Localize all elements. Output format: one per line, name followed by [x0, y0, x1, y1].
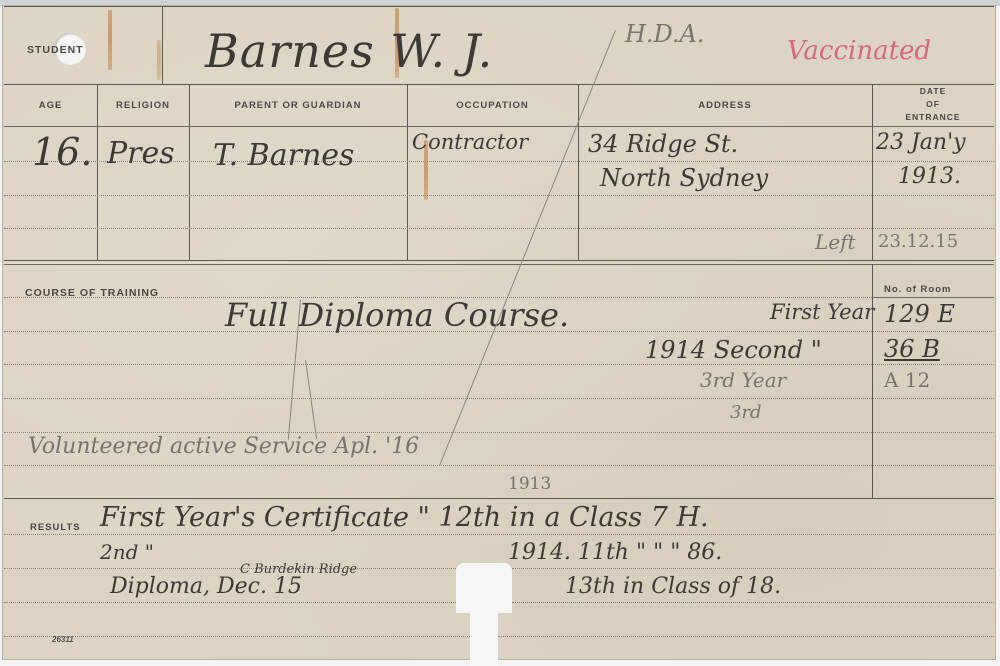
dotted-rule [4, 364, 994, 365]
occupation-value: Contractor [412, 130, 528, 154]
col-header-age: Age [4, 100, 97, 111]
religion-value: Pres [107, 136, 175, 171]
filing-notch-bottom [470, 610, 498, 666]
col-header-date-2: of [872, 99, 994, 109]
dotted-rule [512, 602, 994, 603]
col-header-date-3: Entrance [872, 112, 994, 122]
dotted-rule [4, 432, 994, 433]
course-line3: 3rd Year [700, 368, 786, 392]
col-header-occupation: Occupation [407, 100, 578, 111]
dotted-rule [4, 568, 456, 569]
rust-stain [108, 10, 112, 70]
col-header-parent: Parent or Guardian [189, 100, 407, 111]
room-label-rule [872, 297, 994, 298]
col-header-religion: Religion [97, 100, 189, 111]
table-bottom-rule-2 [4, 264, 994, 265]
results-line2: 1914. 11th " " " 86. [508, 540, 722, 565]
room-second: 36 B [884, 335, 940, 363]
dotted-rule [4, 398, 994, 399]
room-third: A 12 [884, 368, 930, 392]
dotted-rule [512, 568, 994, 569]
col-divider [872, 84, 873, 260]
left-date: 23.12.15 [878, 231, 958, 252]
room-first: 129 E [884, 300, 955, 328]
left-note: Left [815, 230, 856, 254]
results-line1: First Year's Certificate " 12th in a Cla… [100, 502, 709, 533]
address-line2: North Sydney [600, 164, 768, 192]
dotted-rule [4, 534, 994, 535]
parent-value: T. Barnes [213, 138, 354, 173]
course-line4: 3rd [730, 402, 762, 423]
results-year-1913: 1913 [508, 474, 551, 494]
results-label: Results [30, 522, 81, 533]
header-bottom-rule [4, 126, 994, 127]
pencil-note: H.D.A. [625, 20, 705, 48]
results-line3-result: 13th in Class of 18. [565, 574, 781, 599]
course-line1: Full Diploma Course. [225, 296, 569, 334]
dotted-rule [4, 195, 994, 196]
dotted-rule [498, 636, 994, 637]
course-first-year: First Year [770, 300, 874, 324]
address-line1: 34 Ridge St. [588, 130, 738, 158]
dotted-rule [4, 602, 456, 603]
table-bottom-rule [4, 260, 994, 261]
card-top-border [4, 6, 994, 7]
filing-notch-top [456, 563, 512, 613]
rust-stain [157, 40, 161, 80]
col-header-address: Address [578, 100, 872, 111]
student-label: Student [27, 44, 84, 56]
card-serial-number: 26311 [52, 635, 74, 644]
col-header-date-1: Date [872, 86, 994, 96]
student-divider [162, 6, 163, 84]
dotted-rule [4, 465, 994, 466]
results-line2-prefix: 2nd " [100, 540, 154, 564]
dotted-rule [4, 228, 994, 229]
results-line3: Diploma, Dec. 15 [110, 574, 302, 599]
course-line2: 1914 Second " [645, 336, 822, 364]
entrance-date-line1: 23 Jan'y [876, 130, 966, 155]
age-value: 16. [32, 130, 92, 174]
student-name: Barnes W. J. [205, 24, 493, 78]
room-label: No. of Room [884, 284, 951, 295]
header-top-rule [4, 84, 994, 85]
vaccinated-note: Vaccinated [787, 36, 931, 66]
entrance-date-line2: 1913. [898, 164, 961, 189]
results-top-rule [4, 498, 994, 499]
service-note: Volunteered active Service Apl. '16 [28, 434, 419, 459]
